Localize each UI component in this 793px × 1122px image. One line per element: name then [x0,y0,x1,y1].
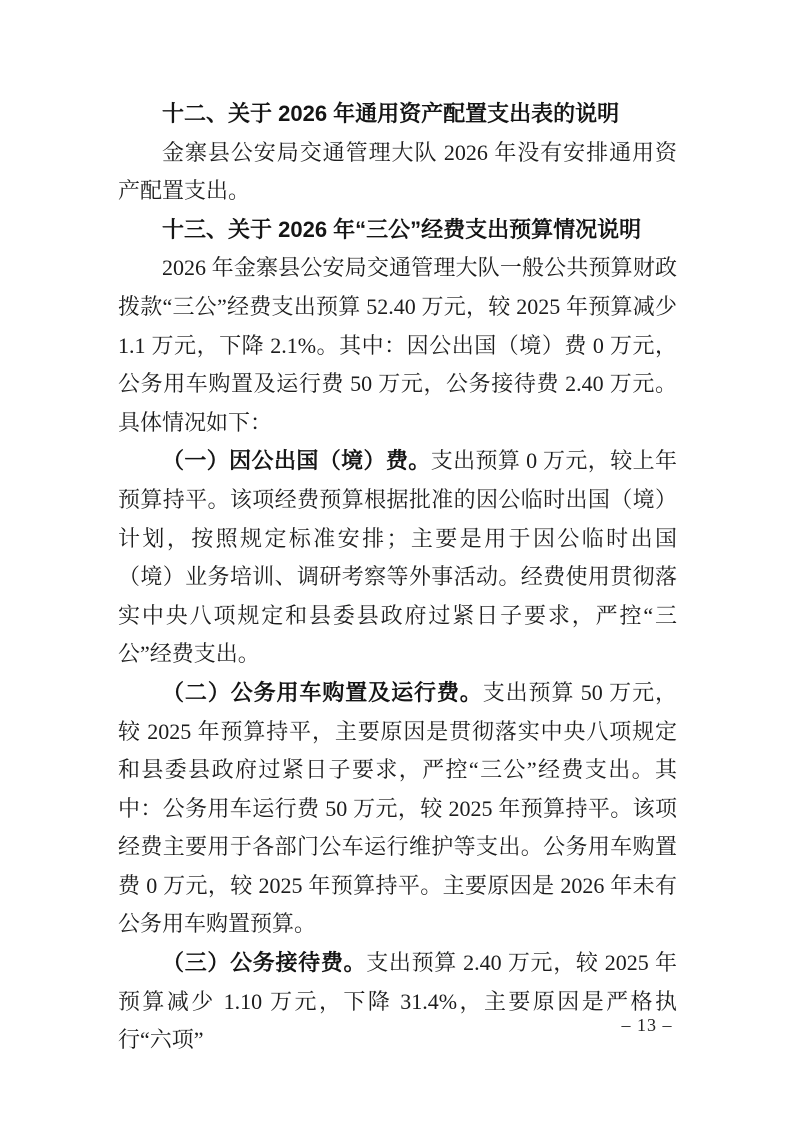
document-page: 十二、关于 2026 年通用资产配置支出表的说明 金寨县公安局交通管理大队 20… [0,0,793,1122]
item-2-lead-official-vehicles: （二）公务用车购置及运行费。 [162,680,483,705]
section-heading-12-asset-configuration: 十二、关于 2026 年通用资产配置支出表的说明 [118,95,677,134]
document-body: 十二、关于 2026 年通用资产配置支出表的说明 金寨县公安局交通管理大队 20… [118,95,677,1060]
paragraph-item-2-official-vehicles: （二）公务用车购置及运行费。支出预算 50 万元，较 2025 年预算持平，主要… [118,674,677,944]
paragraph-item-1-overseas-trips: （一）因公出国（境）费。支出预算 0 万元，较上年预算持平。该项经费预算根据批准… [118,442,677,674]
page-number: – 13 – [612,1013,682,1037]
section-heading-13-three-public-funds: 十三、关于 2026 年“三公”经费支出预算情况说明 [118,211,677,250]
paragraph-asset-configuration: 金寨县公安局交通管理大队 2026 年没有安排通用资产配置支出。 [118,134,677,211]
item-1-body: 支出预算 0 万元，较上年预算持平。该项经费预算根据批准的因公临时出国（境）计划… [118,448,677,666]
paragraph-three-public-overview: 2026 年金寨县公安局交通管理大队一般公共预算财政拨款“三公”经费支出预算 5… [118,249,677,442]
item-3-lead-official-reception: （三）公务接待费。 [162,950,366,975]
item-2-body: 支出预算 50 万元，较 2025 年预算持平，主要原因是贯彻落实中央八项规定和… [118,680,677,937]
item-1-lead-overseas-trips: （一）因公出国（境）费。 [162,448,431,473]
paragraph-item-3-official-reception: （三）公务接待费。支出预算 2.40 万元，较 2025 年预算减少 1.10 … [118,944,677,1060]
